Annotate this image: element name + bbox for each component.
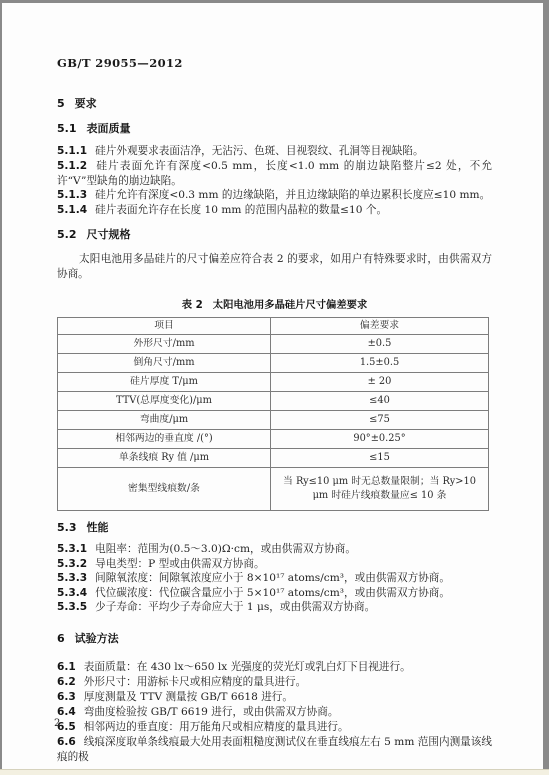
document-page: GB/T 29055—2012 5要求 5.1表面质量 5.1.1硅片外观要求表… bbox=[2, 3, 543, 769]
clause-number: 5.1.1 bbox=[57, 145, 87, 157]
table-cell-value: ± 20 bbox=[271, 372, 489, 391]
scan-edge-strip bbox=[0, 769, 549, 775]
clause-text: 硅片外观要求表面洁净，无沾污、色斑、目视裂纹、孔洞等目视缺陷。 bbox=[95, 145, 423, 157]
clause-6-6: 6.6线痕深度取单条线痕最大处用表面粗糙度测试仪在垂直线痕左右 5 mm 范围内… bbox=[57, 735, 492, 765]
column-header-tolerance: 偏差要求 bbox=[271, 317, 489, 334]
clause-text: 厚度测量及 TTV 测量按 GB/T 6618 进行。 bbox=[84, 691, 293, 703]
table-cell-item: 密集型线痕数/条 bbox=[58, 467, 271, 510]
clause-text: 表面质量：在 430 lx～650 lx 光强度的荧光灯或乳白灯下目视进行。 bbox=[84, 661, 411, 673]
table-caption-number: 表 2 bbox=[182, 299, 203, 311]
table-cell-value: 1.5±0.5 bbox=[271, 353, 489, 372]
table-row: 密集型线痕数/条 当 Ry≤10 μm 时无总数量限制；当 Ry>10 μm 时… bbox=[58, 467, 489, 510]
table-cell-item: 单条线痕 Ry 值 /μm bbox=[58, 448, 271, 467]
table-row: 相邻两边的垂直度 /(°) 90°±0.25° bbox=[58, 429, 489, 448]
section-title: 试验方法 bbox=[75, 632, 119, 645]
clause-5-1-3: 5.1.3硅片允许有深度<0.3 mm 的边缘缺陷，并且边缘缺陷的单边累积长度应… bbox=[57, 188, 492, 203]
table-row: TTV(总厚度变化)/μm ≤40 bbox=[58, 391, 489, 410]
section-title: 尺寸规格 bbox=[87, 228, 131, 241]
table-cell-item: 相邻两边的垂直度 /(°) bbox=[58, 429, 271, 448]
clause-number: 5.3.5 bbox=[57, 601, 87, 613]
clause-text: 硅片允许有深度<0.3 mm 的边缘缺陷，并且边缘缺陷的单边累积长度应≤10 m… bbox=[95, 189, 490, 201]
clause-text: 少子寿命：平均少子寿命应大于 1 μs，或由供需双方协商。 bbox=[95, 601, 375, 613]
table-2-dimension-tolerances: 项目 偏差要求 外形尺寸/mm ±0.5 倒角尺寸/mm 1.5±0.5 硅片厚… bbox=[57, 317, 489, 511]
clause-5-3-4: 5.3.4代位碳浓度：代位碳含量应小于 5×10¹⁷ atoms/cm³，或由供… bbox=[57, 586, 492, 601]
clause-text: 线痕深度取单条线痕最大处用表面粗糙度测试仪在垂直线痕左右 5 mm 范围内测量该… bbox=[57, 736, 492, 763]
section-number: 5.3 bbox=[57, 521, 77, 534]
clause-6-1: 6.1表面质量：在 430 lx～650 lx 光强度的荧光灯或乳白灯下目视进行… bbox=[57, 660, 492, 675]
clause-5-1-2: 5.1.2硅片表面允许有深度<0.5 mm，长度<1.0 mm 的崩边缺陷整片≤… bbox=[57, 159, 492, 189]
clause-number: 5.3.4 bbox=[57, 587, 87, 599]
clause-number: 6.2 bbox=[57, 676, 76, 688]
clause-number: 5.3.2 bbox=[57, 558, 87, 570]
section-number: 5 bbox=[57, 97, 65, 110]
section-5-3-heading: 5.3性能 bbox=[57, 521, 492, 535]
table-cell-item: 弯曲度/μm bbox=[58, 410, 271, 429]
table-cell-item: TTV(总厚度变化)/μm bbox=[58, 391, 271, 410]
clause-6-5: 6.5相邻两边的垂直度：用万能角尺或相应精度的量具进行。 bbox=[57, 720, 492, 735]
clause-5-3-5: 5.3.5少子寿命：平均少子寿命应大于 1 μs，或由供需双方协商。 bbox=[57, 600, 492, 615]
table-cell-item: 硅片厚度 T/μm bbox=[58, 372, 271, 391]
table-cell-item: 倒角尺寸/mm bbox=[58, 353, 271, 372]
clause-5-1-1: 5.1.1硅片外观要求表面洁净，无沾污、色斑、目视裂纹、孔洞等目视缺陷。 bbox=[57, 144, 492, 159]
table-cell-item: 外形尺寸/mm bbox=[58, 334, 271, 353]
clause-list-6: 6.1表面质量：在 430 lx～650 lx 光强度的荧光灯或乳白灯下目视进行… bbox=[57, 660, 492, 765]
clause-number: 5.3.3 bbox=[57, 572, 87, 584]
clause-text: 硅片表面允许有深度<0.5 mm，长度<1.0 mm 的崩边缺陷整片≤2 处，不… bbox=[57, 160, 492, 187]
clause-6-3: 6.3厚度测量及 TTV 测量按 GB/T 6618 进行。 bbox=[57, 690, 492, 705]
section-title: 表面质量 bbox=[87, 122, 131, 135]
section-number: 5.1 bbox=[57, 122, 77, 135]
section-title: 要求 bbox=[75, 97, 97, 110]
clause-number: 5.1.4 bbox=[57, 204, 87, 216]
clause-text: 弯曲度检验按 GB/T 6619 进行，或由供需双方协商。 bbox=[84, 706, 339, 718]
clause-text: 硅片表面允许存在长度 10 mm 的范围内晶粒的数量≤10 个。 bbox=[95, 204, 387, 216]
section-5-1-heading: 5.1表面质量 bbox=[57, 122, 492, 136]
clause-5-3-2: 5.3.2导电类型：P 型或由供需双方协商。 bbox=[57, 557, 492, 572]
table-header-row: 项目 偏差要求 bbox=[58, 317, 489, 334]
section-number: 6 bbox=[57, 632, 65, 645]
clause-text: 电阻率：范围为(0.5～3.0)Ω·cm，或由供需双方协商。 bbox=[95, 543, 356, 555]
clause-number: 5.1.2 bbox=[57, 160, 87, 172]
clause-5-3-1: 5.3.1电阻率：范围为(0.5～3.0)Ω·cm，或由供需双方协商。 bbox=[57, 542, 492, 557]
table-row: 单条线痕 Ry 值 /μm ≤15 bbox=[58, 448, 489, 467]
clause-number: 5.3.1 bbox=[57, 543, 87, 555]
clause-list-5-3: 5.3.1电阻率：范围为(0.5～3.0)Ω·cm，或由供需双方协商。 5.3.… bbox=[57, 542, 492, 615]
table-cell-value: ≤75 bbox=[271, 410, 489, 429]
section-number: 5.2 bbox=[57, 228, 77, 241]
clause-number: 6.3 bbox=[57, 691, 76, 703]
page-number: 2 bbox=[54, 718, 60, 729]
clause-6-2: 6.2外形尺寸：用游标卡尺或相应精度的量具进行。 bbox=[57, 675, 492, 690]
table-row: 倒角尺寸/mm 1.5±0.5 bbox=[58, 353, 489, 372]
clause-text: 导电类型：P 型或由供需双方协商。 bbox=[95, 558, 264, 570]
table-cell-value: 当 Ry≤10 μm 时无总数量限制；当 Ry>10 μm 时硅片线痕数量应≤ … bbox=[271, 467, 489, 510]
clause-number: 6.1 bbox=[57, 661, 76, 673]
section-6-heading: 6试验方法 bbox=[57, 632, 492, 646]
clause-list-5-1: 5.1.1硅片外观要求表面洁净，无沾污、色斑、目视裂纹、孔洞等目视缺陷。 5.1… bbox=[57, 144, 492, 218]
table-cell-value: ≤40 bbox=[271, 391, 489, 410]
clause-5-3-3: 5.3.3间隙氧浓度：间隙氧浓度应小于 8×10¹⁷ atoms/cm³，或由供… bbox=[57, 571, 492, 586]
clause-number: 6.6 bbox=[57, 736, 76, 748]
clause-text: 间隙氧浓度：间隙氧浓度应小于 8×10¹⁷ atoms/cm³，或由供需双方协商… bbox=[95, 572, 450, 584]
clause-6-4: 6.4弯曲度检验按 GB/T 6619 进行，或由供需双方协商。 bbox=[57, 705, 492, 720]
table-row: 外形尺寸/mm ±0.5 bbox=[58, 334, 489, 353]
clause-number: 6.4 bbox=[57, 706, 76, 718]
column-header-item: 项目 bbox=[58, 317, 271, 334]
clause-text: 相邻两边的垂直度：用万能角尺或相应精度的量具进行。 bbox=[84, 721, 349, 733]
table-cell-value: ±0.5 bbox=[271, 334, 489, 353]
section-5-heading: 5要求 bbox=[57, 97, 492, 111]
clause-number: 5.1.3 bbox=[57, 189, 87, 201]
standard-code: GB/T 29055—2012 bbox=[57, 56, 492, 70]
table-cell-value: 90°±0.25° bbox=[271, 429, 489, 448]
table-cell-value: ≤15 bbox=[271, 448, 489, 467]
scanned-standard-page: { "header": { "standard_code": "GB/T 290… bbox=[0, 0, 549, 775]
section-5-2-heading: 5.2尺寸规格 bbox=[57, 228, 492, 242]
table-row: 硅片厚度 T/μm ± 20 bbox=[58, 372, 489, 391]
section-title: 性能 bbox=[87, 521, 109, 534]
clause-text: 代位碳浓度：代位碳含量应小于 5×10¹⁷ atoms/cm³，或由供需双方协商… bbox=[95, 587, 450, 599]
table-2-caption: 表 2太阳电池用多晶硅片尺寸偏差要求 bbox=[57, 296, 492, 311]
clause-5-1-4: 5.1.4硅片表面允许存在长度 10 mm 的范围内晶粒的数量≤10 个。 bbox=[57, 203, 492, 218]
table-caption-title: 太阳电池用多晶硅片尺寸偏差要求 bbox=[213, 299, 367, 311]
clause-text: 外形尺寸：用游标卡尺或相应精度的量具进行。 bbox=[84, 676, 306, 688]
table-row: 弯曲度/μm ≤75 bbox=[58, 410, 489, 429]
section-5-2-paragraph: 太阳电池用多晶硅片的尺寸偏差应符合表 2 的要求，如用户有特殊要求时，由供需双方… bbox=[57, 252, 492, 282]
